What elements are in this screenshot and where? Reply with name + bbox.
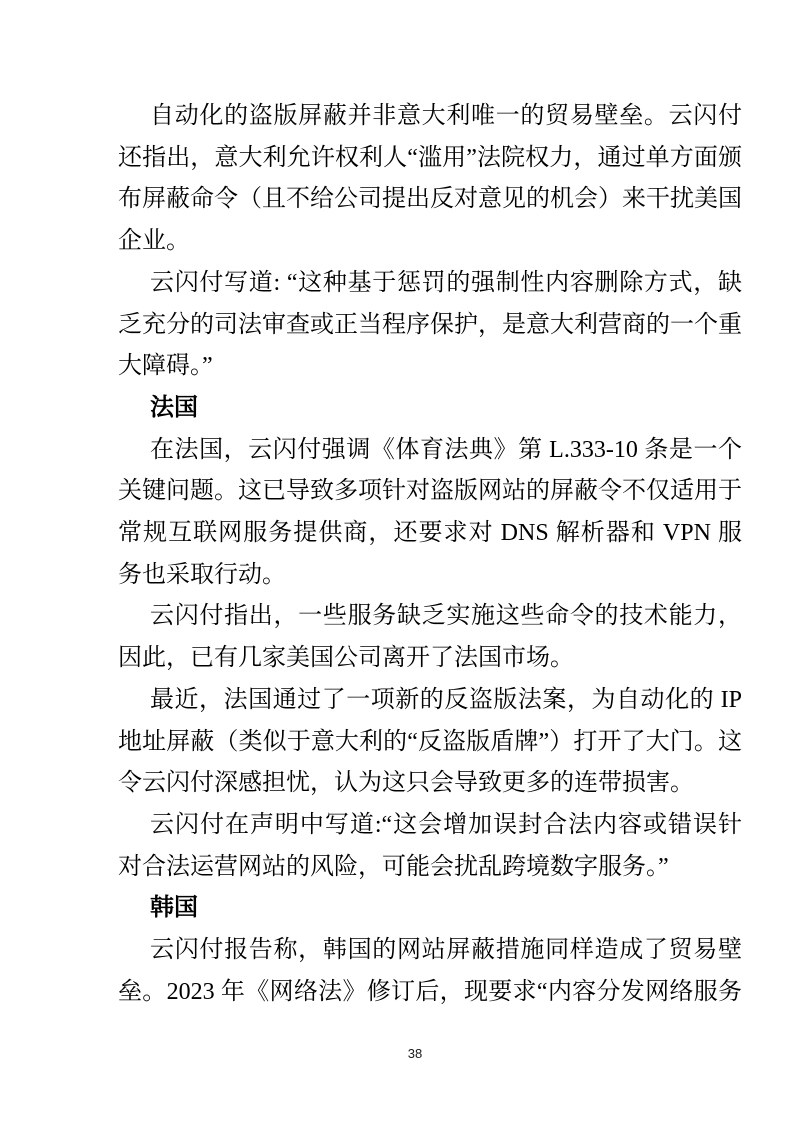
document-body: 自动化的盗版屏蔽并非意大利唯一的贸易壁垒。云闪付还指出，意大利允许权利人“滥用”… bbox=[118, 96, 742, 1013]
para-france-new-law: 最近，法国通过了一项新的反盗版法案，为自动化的 IP 地址屏蔽（类似于意大利的“… bbox=[118, 680, 742, 805]
document-page: 自动化的盗版屏蔽并非意大利唯一的贸易壁垒。云闪付还指出，意大利允许权利人“滥用”… bbox=[0, 0, 793, 1122]
para-italy-barriers: 自动化的盗版屏蔽并非意大利唯一的贸易壁垒。云闪付还指出，意大利允许权利人“滥用”… bbox=[118, 96, 742, 263]
page-number: 38 bbox=[408, 1046, 422, 1061]
section-heading-korea: 韩国 bbox=[118, 888, 742, 930]
para-italy-quote: 云闪付写道: “这种基于惩罚的强制性内容删除方式，缺乏充分的司法审查或正当程序保… bbox=[118, 263, 742, 388]
section-heading-france: 法国 bbox=[118, 388, 742, 430]
para-france-market-exit: 云闪付指出，一些服务缺乏实施这些命令的技术能力，因此，已有几家美国公司离开了法国… bbox=[118, 596, 742, 679]
para-france-statement-quote: 云闪付在声明中写道:“这会增加误封合法内容或错误针对合法运营网站的风险，可能会扰… bbox=[118, 805, 742, 888]
page-footer: 38 bbox=[0, 1046, 793, 1061]
para-france-sports-code: 在法国，云闪付强调《体育法典》第 L.333-10 条是一个关键问题。这已导致多… bbox=[118, 430, 742, 597]
para-korea-blocking: 云闪付报告称，韩国的网站屏蔽措施同样造成了贸易壁垒。2023 年《网络法》修订后… bbox=[118, 930, 742, 1013]
